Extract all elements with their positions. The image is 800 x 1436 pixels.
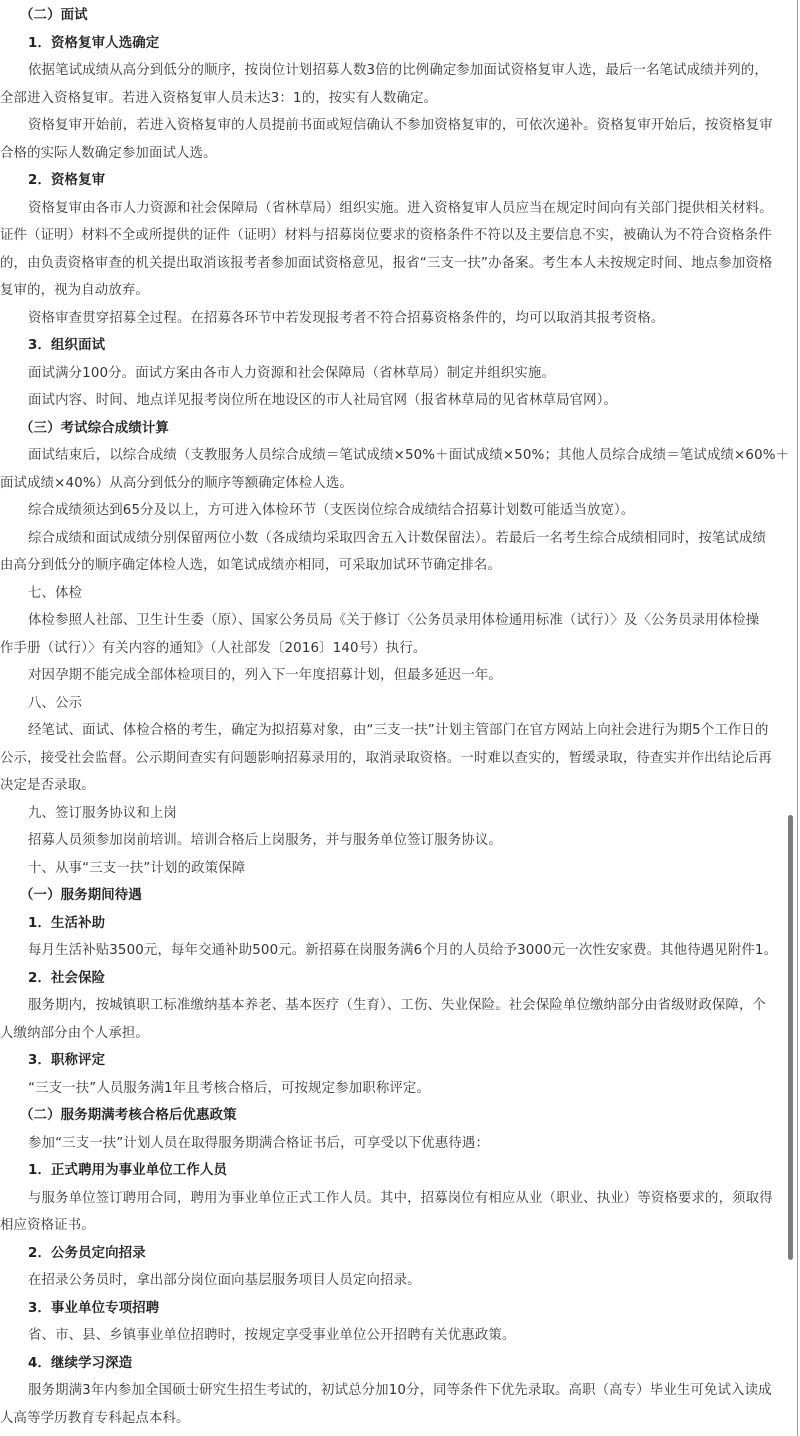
paragraph-line: “三支一扶”人员服务满1年且考核合格后，可按规定参加职称评定。 <box>0 1075 790 1103</box>
paragraph-line: 综合成绩和面试成绩分别保留两位小数（各成绩均采取四舍五入计数保留法）。若最后一名… <box>0 525 790 553</box>
paragraph-continuation-line: 人缴纳部分由个人承担。 <box>0 1020 790 1048</box>
section-heading: （二）服务期满考核合格后优惠政策 <box>0 1102 790 1130</box>
document-body: （二）面试1．资格复审人选确定依据笔试成绩从高分到低分的顺序，按岗位计划招募人数… <box>0 2 790 1432</box>
paragraph-line: 面试满分100分。面试方案由各市人力资源和社会保障局（省林草局）制定并组织实施。 <box>0 360 790 388</box>
subsection-heading: 3．职称评定 <box>0 1047 790 1075</box>
paragraph-line: 面试结束后，以综合成绩（支教服务人员综合成绩＝笔试成绩×50%＋面试成绩×50%… <box>0 442 790 470</box>
paragraph-line: 服务期内，按城镇职工标准缴纳基本养老、基本医疗（生育）、工伤、失业保险。社会保险… <box>0 992 790 1020</box>
paragraph-line: 招募人员须参加岗前培训。培训合格后上岗服务，并与服务单位签订服务协议。 <box>0 827 790 855</box>
paragraph-line: 依据笔试成绩从高分到低分的顺序，按岗位计划招募人数3倍的比例确定参加面试资格复审… <box>0 57 790 85</box>
paragraph-line: 体检参照人社部、卫生计生委（原）、国家公务员局《关于修订〈公务员录用体检通用标准… <box>0 607 790 635</box>
chapter-heading: 十、从事“三支一扶”计划的政策保障 <box>0 855 790 883</box>
paragraph-continuation-line: 面试成绩×40%）从高分到低分的顺序等额确定体检人选。 <box>0 470 790 498</box>
paragraph-continuation-line: 作手册（试行）〉有关内容的通知》（人社部发〔2016〕140号）执行。 <box>0 635 790 663</box>
subsection-heading: 1．资格复审人选确定 <box>0 30 790 58</box>
chapter-heading: 八、公示 <box>0 690 790 718</box>
paragraph-continuation-line: 的，由负责资格审查的机关提出取消该报考者参加面试资格意见，报省“三支一扶”办备案… <box>0 250 790 278</box>
paragraph-continuation-line: 由高分到低分的顺序确定体检人选，如笔试成绩亦相同，可采取加试环节确定排名。 <box>0 552 790 580</box>
paragraph-line: 在招录公务员时，拿出部分岗位面向基层服务项目人员定向招录。 <box>0 1267 790 1295</box>
paragraph-line: 省、市、县、乡镇事业单位招聘时，按规定享受事业单位公开招聘有关优惠政策。 <box>0 1322 790 1350</box>
vertical-scrollbar-thumb[interactable] <box>788 815 793 1260</box>
paragraph-line: 资格复审由各市人力资源和社会保障局（省林草局）组织实施。进入资格复审人员应当在规… <box>0 195 790 223</box>
subsection-heading: 1．生活补助 <box>0 910 790 938</box>
section-heading: （一）服务期间待遇 <box>0 882 790 910</box>
paragraph-line: 面试内容、时间、地点详见报考岗位所在地设区的市人社局官网（报省林草局的见省林草局… <box>0 387 790 415</box>
paragraph-line: 服务期满3年内参加全国硕士研究生招生考试的，初试总分加10分，同等条件下优先录取… <box>0 1377 790 1405</box>
paragraph-continuation-line: 决定是否录取。 <box>0 772 790 800</box>
chapter-heading: 七、体检 <box>0 580 790 608</box>
paragraph-line: 参加“三支一扶”计划人员在取得服务期满合格证书后，可享受以下优惠待遇： <box>0 1130 790 1158</box>
paragraph-line: 资格审查贯穿招募全过程。在招募各环节中若发现报考者不符合招募资格条件的，均可以取… <box>0 305 790 333</box>
section-heading: （二）面试 <box>0 2 790 30</box>
subsection-heading: 1．正式聘用为事业单位工作人员 <box>0 1157 790 1185</box>
page-edge-divider <box>797 0 798 1436</box>
paragraph-line: 对因孕期不能完成全部体检项目的，列入下一年度招募计划，但最多延迟一年。 <box>0 662 790 690</box>
subsection-heading: 3．事业单位专项招聘 <box>0 1295 790 1323</box>
subsection-heading: 4．继续学习深造 <box>0 1350 790 1378</box>
chapter-heading: 九、签订服务协议和上岗 <box>0 800 790 828</box>
subsection-heading: 2．资格复审 <box>0 167 790 195</box>
section-heading: （三）考试综合成绩计算 <box>0 415 790 443</box>
subsection-heading: 3．组织面试 <box>0 332 790 360</box>
subsection-heading: 2．公务员定向招录 <box>0 1240 790 1268</box>
paragraph-continuation-line: 复审的，视为自动放弃。 <box>0 277 790 305</box>
paragraph-line: 每月生活补贴3500元，每年交通补助500元。新招募在岗服务满6个月的人员给予3… <box>0 937 790 965</box>
paragraph-line: 经笔试、面试、体检合格的考生，确定为拟招募对象，由“三支一扶”计划主管部门在官方… <box>0 717 790 745</box>
paragraph-continuation-line: 全部进入资格复审。若进入资格复审人员未达3：1的，按实有人数确定。 <box>0 85 790 113</box>
paragraph-continuation-line: 公示，接受社会监督。公示期间查实有问题影响招募录用的，取消录取资格。一时难以查实… <box>0 745 790 773</box>
paragraph-continuation-line: 人高等学历教育专科起点本科。 <box>0 1405 790 1433</box>
paragraph-line: 资格复审开始前，若进入资格复审的人员提前书面或短信确认不参加资格复审的，可依次递… <box>0 112 790 140</box>
paragraph-line: 与服务单位签订聘用合同，聘用为事业单位正式工作人员。其中，招募岗位有相应从业（职… <box>0 1185 790 1213</box>
subsection-heading: 2．社会保险 <box>0 965 790 993</box>
paragraph-continuation-line: 合格的实际人数确定参加面试人选。 <box>0 140 790 168</box>
paragraph-line: 综合成绩须达到65分及以上，方可进入体检环节（支医岗位综合成绩结合招募计划数可能… <box>0 497 790 525</box>
paragraph-continuation-line: 相应资格证书。 <box>0 1212 790 1240</box>
paragraph-continuation-line: 证件（证明）材料不全或所提供的证件（证明）材料与招募岗位要求的资格条件不符以及主… <box>0 222 790 250</box>
